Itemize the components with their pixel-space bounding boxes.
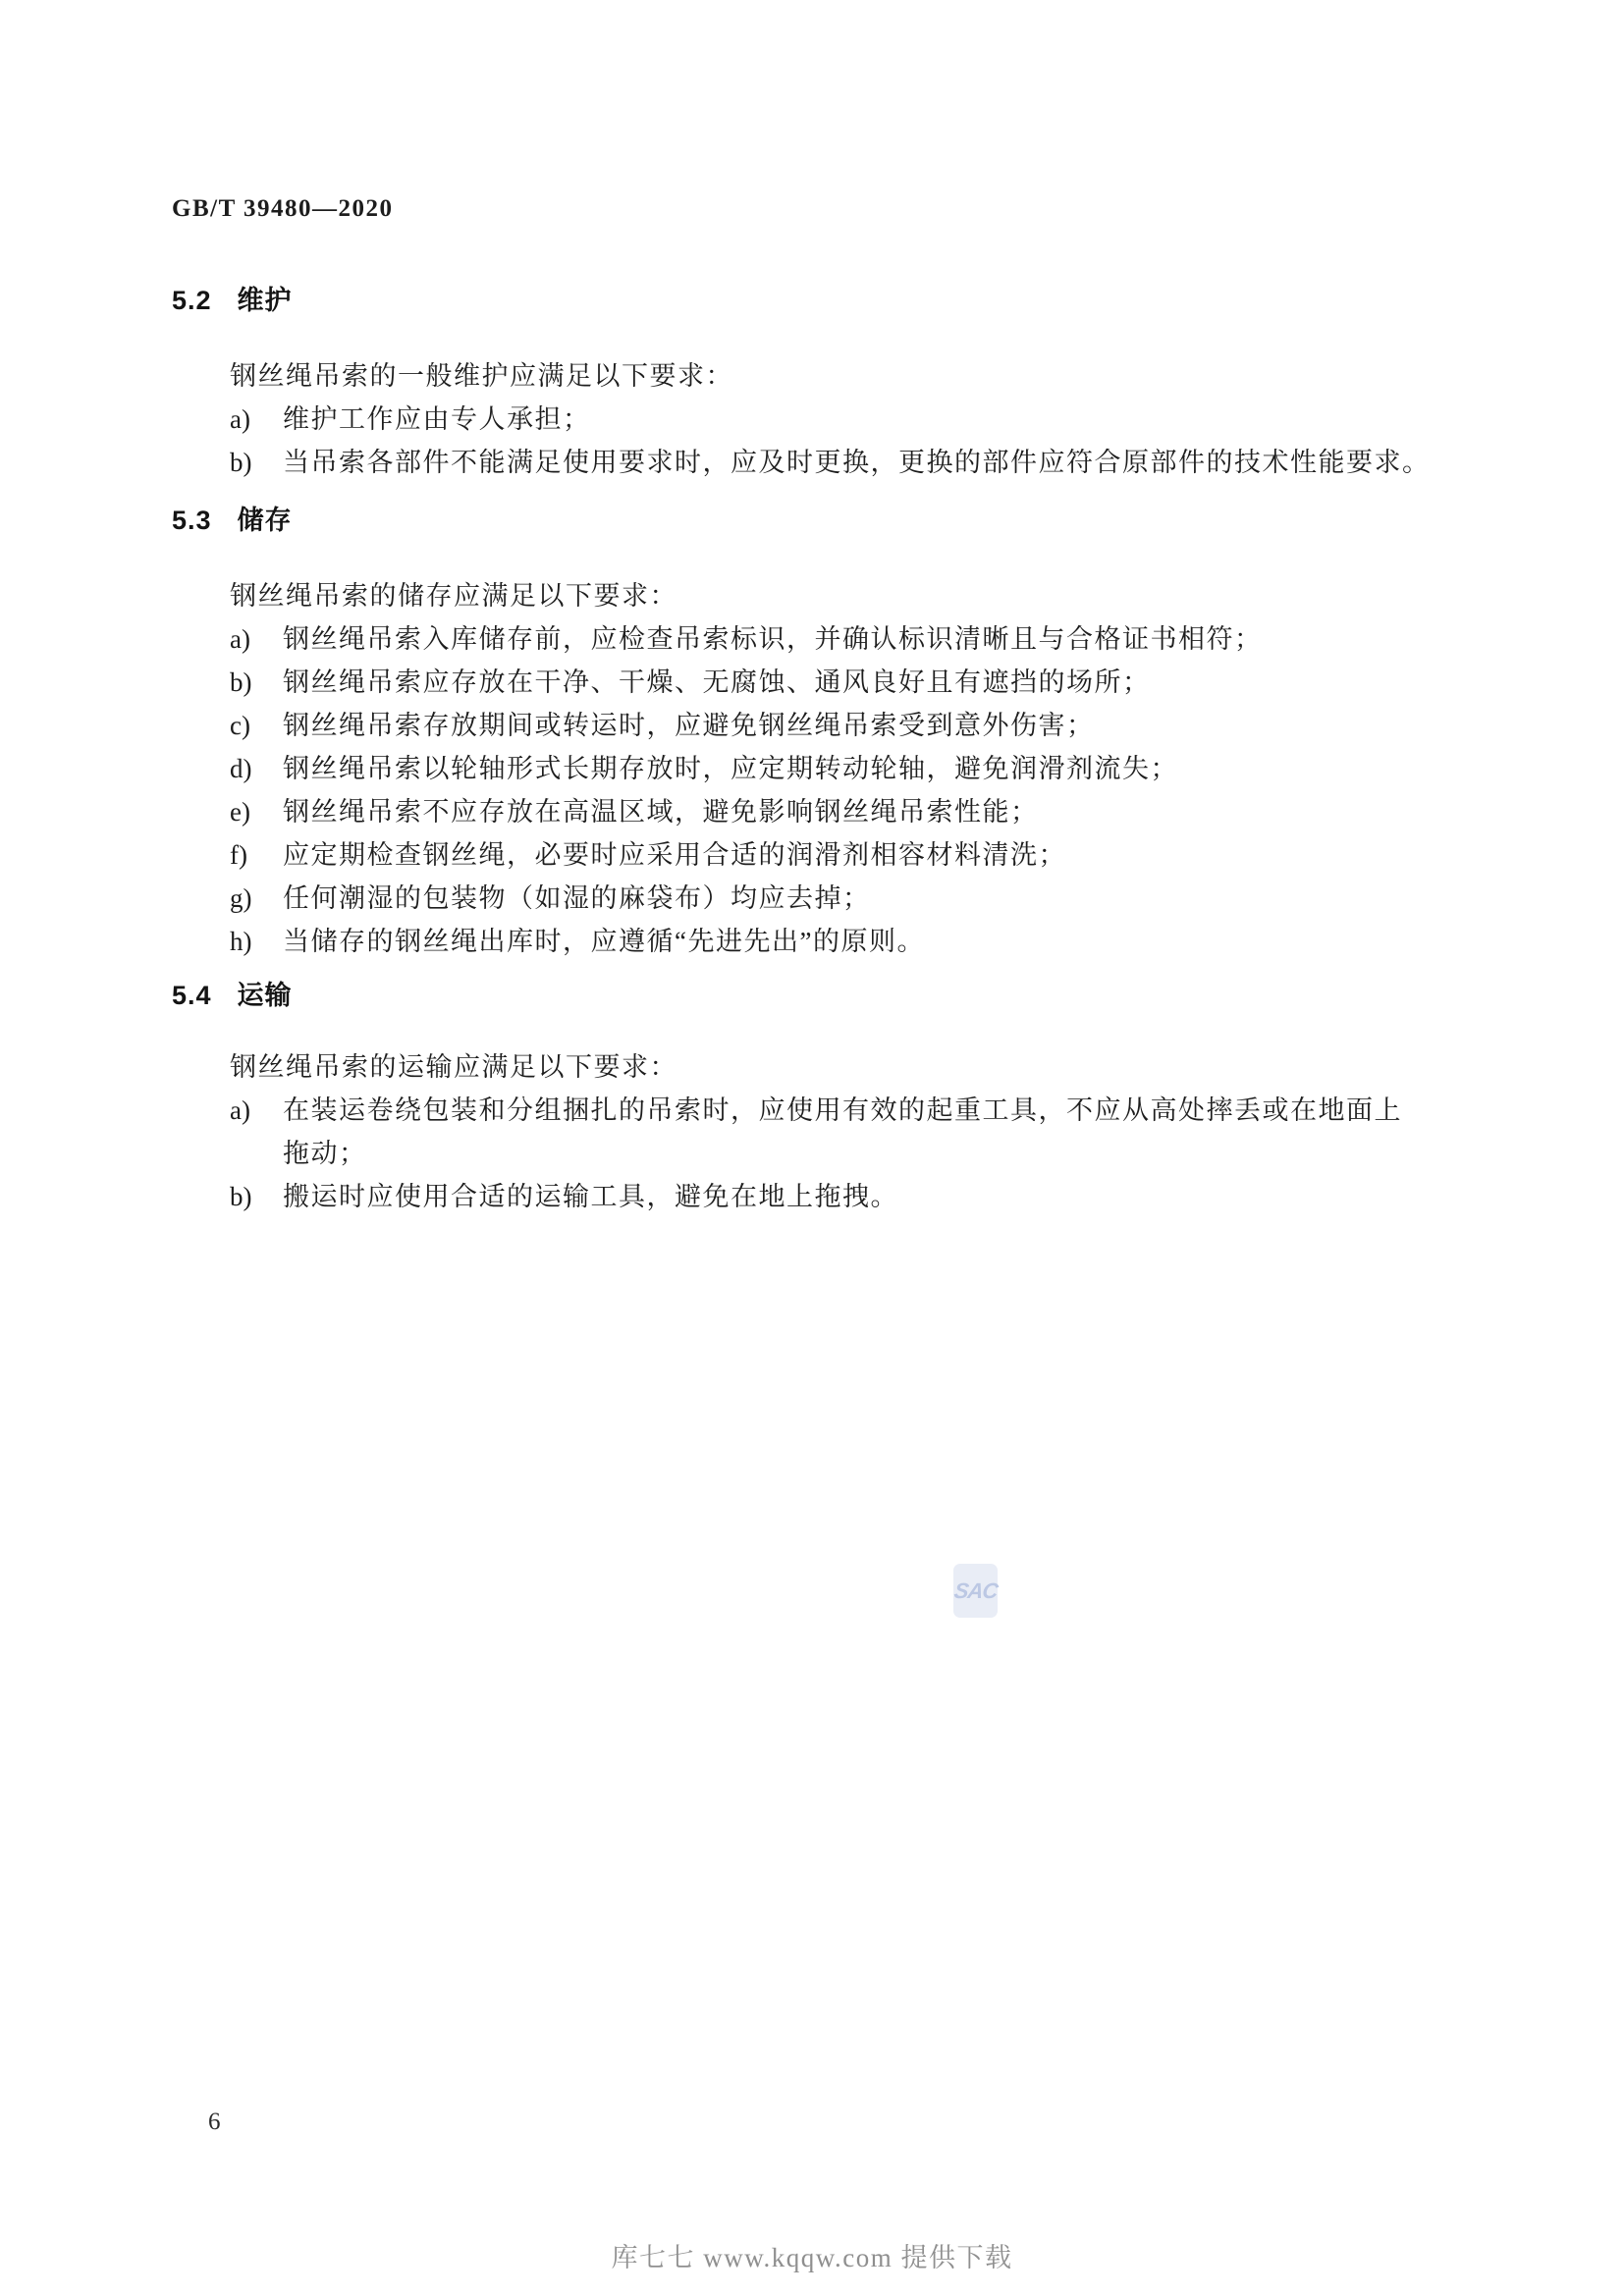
section-intro: 钢丝绳吊索的运输应满足以下要求： [230,1045,1492,1089]
list-item: a) 在装运卷绕包装和分组捆扎的吊索时，应使用有效的起重工具，不应从高处摔丢或在… [230,1089,1492,1175]
section-title: 5.3 储存 [172,506,1492,535]
list-item-text: 当吊索各部件不能满足使用要求时，应及时更换，更换的部件应符合原部件的技术性能要求… [283,441,1463,484]
standard-code: GB/T 39480—2020 [172,195,394,223]
list-item: b) 当吊索各部件不能满足使用要求时，应及时更换，更换的部件应符合原部件的技术性… [230,441,1492,484]
list-item: a) 钢丝绳吊索入库储存前，应检查吊索标识，并确认标识清晰且与合格证书相符； [230,617,1492,661]
download-source-note: 库七七 www.kqqw.com 提供下载 [0,2236,1624,2274]
list-item: g) 任何潮湿的包装物（如湿的麻袋布）均应去掉； [230,877,1492,920]
list-item-text: 钢丝绳吊索存放期间或转运时，应避免钢丝绳吊索受到意外伤害； [283,704,1463,747]
list-item-marker: b) [230,661,283,704]
list-item-marker: d) [230,747,283,790]
sac-logo-text: SAC [952,1578,999,1604]
page-number: 6 [208,2109,221,2136]
requirement-list: a) 在装运卷绕包装和分组捆扎的吊索时，应使用有效的起重工具，不应从高处摔丢或在… [230,1089,1492,1218]
list-item-marker: f) [230,833,283,877]
list-item-marker: a) [230,617,283,661]
section-label: 维护 [238,286,293,315]
section-label: 运输 [238,981,293,1010]
section-storage: 5.3 储存 钢丝绳吊索的储存应满足以下要求： a) 钢丝绳吊索入库储存前，应检… [172,506,1492,963]
list-item: b) 钢丝绳吊索应存放在干净、干燥、无腐蚀、通风良好且有遮挡的场所； [230,661,1492,704]
list-item-text: 任何潮湿的包装物（如湿的麻袋布）均应去掉； [283,877,1463,920]
list-item: d) 钢丝绳吊索以轮轴形式长期存放时，应定期转动轮轴，避免润滑剂流失； [230,747,1492,790]
list-item: c) 钢丝绳吊索存放期间或转运时，应避免钢丝绳吊索受到意外伤害； [230,704,1492,747]
list-item-marker: g) [230,877,283,920]
list-item-text: 维护工作应由专人承担； [283,398,1463,441]
list-item: e) 钢丝绳吊索不应存放在高温区域，避免影响钢丝绳吊索性能； [230,790,1492,833]
list-item-text: 钢丝绳吊索不应存放在高温区域，避免影响钢丝绳吊索性能； [283,790,1463,833]
list-item-text: 当储存的钢丝绳出库时，应遵循“先进先出”的原则。 [283,920,1463,963]
list-item-marker: a) [230,398,283,441]
list-item-marker: a) [230,1089,283,1175]
list-item-marker: b) [230,441,283,484]
section-number: 5.2 [172,286,212,315]
list-item-marker: b) [230,1175,283,1218]
list-item-marker: h) [230,920,283,963]
section-transport: 5.4 运输 钢丝绳吊索的运输应满足以下要求： a) 在装运卷绕包装和分组捆扎的… [172,981,1492,1218]
list-item-text: 搬运时应使用合适的运输工具，避免在地上拖拽。 [283,1175,1463,1218]
section-number: 5.3 [172,506,212,535]
section-maintenance: 5.2 维护 钢丝绳吊索的一般维护应满足以下要求： a) 维护工作应由专人承担；… [172,286,1492,484]
list-item-text: 在装运卷绕包装和分组捆扎的吊索时，应使用有效的起重工具，不应从高处摔丢或在地面上… [283,1089,1422,1175]
list-item: f) 应定期检查钢丝绳，必要时应采用合适的润滑剂相容材料清洗； [230,833,1492,877]
requirement-list: a) 钢丝绳吊索入库储存前，应检查吊索标识，并确认标识清晰且与合格证书相符； b… [230,617,1492,963]
list-item-text: 钢丝绳吊索入库储存前，应检查吊索标识，并确认标识清晰且与合格证书相符； [283,617,1463,661]
section-label: 储存 [238,506,293,535]
list-item: h) 当储存的钢丝绳出库时，应遵循“先进先出”的原则。 [230,920,1492,963]
section-intro: 钢丝绳吊索的储存应满足以下要求： [230,574,1492,617]
section-number: 5.4 [172,981,212,1010]
list-item-text: 钢丝绳吊索以轮轴形式长期存放时，应定期转动轮轴，避免润滑剂流失； [283,747,1463,790]
section-title: 5.2 维护 [172,286,1492,315]
list-item-text: 应定期检查钢丝绳，必要时应采用合适的润滑剂相容材料清洗； [283,833,1463,877]
requirement-list: a) 维护工作应由专人承担； b) 当吊索各部件不能满足使用要求时，应及时更换，… [230,398,1492,484]
list-item-marker: e) [230,790,283,833]
sac-logo-watermark: SAC [953,1564,998,1618]
section-title: 5.4 运输 [172,981,1492,1010]
document-page: GB/T 39480—2020 5.2 维护 钢丝绳吊索的一般维护应满足以下要求… [0,0,1624,2296]
list-item: a) 维护工作应由专人承担； [230,398,1492,441]
list-item: b) 搬运时应使用合适的运输工具，避免在地上拖拽。 [230,1175,1492,1218]
section-intro: 钢丝绳吊索的一般维护应满足以下要求： [230,354,1492,398]
list-item-marker: c) [230,704,283,747]
list-item-text: 钢丝绳吊索应存放在干净、干燥、无腐蚀、通风良好且有遮挡的场所； [283,661,1463,704]
